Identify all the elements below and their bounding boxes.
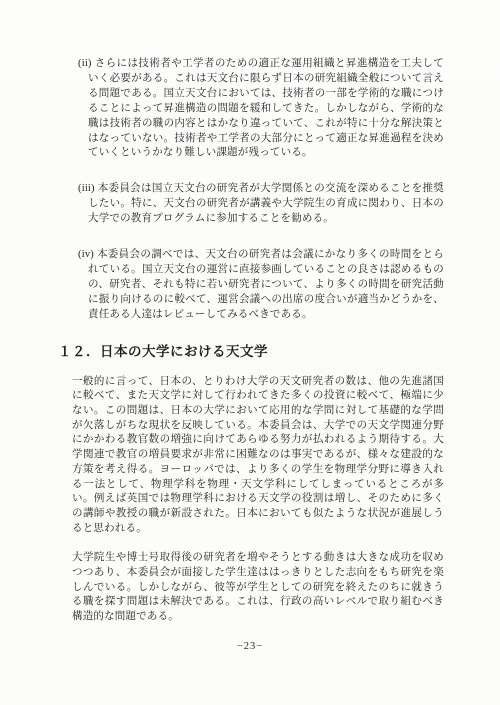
- list-item-marker: (iii): [78, 183, 95, 194]
- list-item-text: 本委員会は国立天文台の研究者が大学関係との交流を深めることを推奨したい。特に、天…: [88, 183, 444, 224]
- list-item-iii: (iii) 本委員会は国立天文台の研究者が大学関係との交流を深めることを推奨した…: [78, 182, 444, 227]
- document-page: (ii) さらには技術者や工学者のための適正な運用組織と昇進構造を工夫していく必…: [0, 0, 500, 705]
- section-heading: １２．日本の大学における天文学: [58, 344, 444, 360]
- list-item-text: 本委員会の調べでは、天文台の研究者は会議にかなり多くの時間をとられている。国立天…: [88, 249, 444, 320]
- list-item-ii: (ii) さらには技術者や工学者のための適正な運用組織と昇進構造を工夫していく必…: [78, 57, 444, 161]
- list-item-marker: (iv): [78, 249, 94, 260]
- page-number: −23−: [0, 641, 500, 652]
- list-item-text: さらには技術者や工学者のための適正な運用組織と昇進構造を工夫していく必要がある。…: [88, 58, 444, 158]
- list-item-iv: (iv) 本委員会の調べでは、天文台の研究者は会議にかなり多くの時間をとられてい…: [78, 248, 444, 323]
- paragraph: 一般的に言って、日本の、とりわけ大学の天文研究者の数は、他の先進諸国に較べて、ま…: [72, 375, 444, 537]
- paragraph: 大学院生や博士号取得後の研究者を増やそうとする動きは大きな成功を収めつつあり、本…: [72, 551, 444, 625]
- list-item-marker: (ii): [78, 58, 92, 69]
